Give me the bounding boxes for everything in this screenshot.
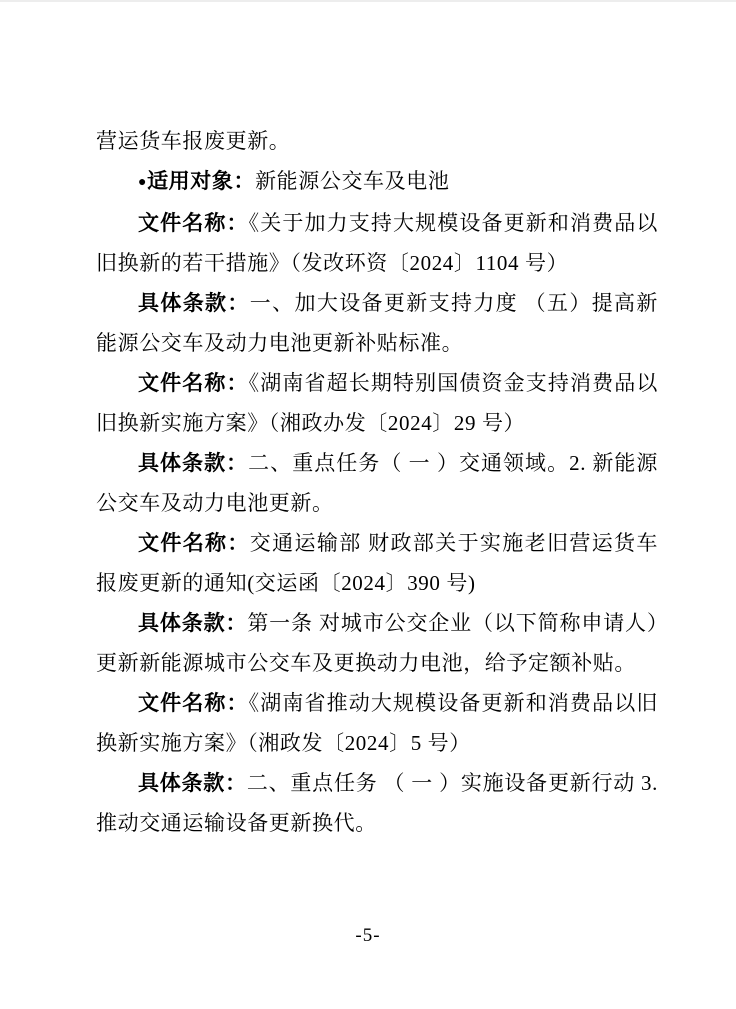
document-body: 营运货车报废更新。●适用对象：新能源公交车及电池文件名称：《关于加力支持大规模设… xyxy=(96,121,658,843)
paragraph-label: 文件名称： xyxy=(138,531,250,555)
bullet-icon: ● xyxy=(138,175,147,190)
paragraph-label: 适用对象： xyxy=(147,169,255,193)
paragraph-labeled: 文件名称：《湖南省超长期特别国债资金支持消费品以旧换新实施方案》（湘政办发〔20… xyxy=(96,363,658,443)
paragraph-label: 具体条款： xyxy=(138,771,247,795)
paragraph-labeled: 文件名称：《湖南省推动大规模设备更新和消费品以旧换新实施方案》（湘政发〔2024… xyxy=(96,683,658,763)
page-top-edge xyxy=(0,0,736,2)
paragraph-label: 具体条款： xyxy=(138,291,250,315)
paragraph-labeled: ●适用对象：新能源公交车及电池 xyxy=(96,161,658,203)
paragraph-labeled: 具体条款：一、加大设备更新支持力度 （五）提高新能源公交车及动力电池更新补贴标准… xyxy=(96,283,658,363)
paragraph-labeled: 文件名称：《关于加力支持大规模设备更新和消费品以旧换新的若干措施》（发改环资〔2… xyxy=(96,203,658,283)
paragraph-labeled: 文件名称：交通运输部 财政部关于实施老旧营运货车报废更新的通知(交运函〔2024… xyxy=(96,523,658,603)
paragraph-label: 文件名称： xyxy=(138,691,249,715)
paragraph-label: 具体条款： xyxy=(138,611,247,635)
paragraph-label: 文件名称： xyxy=(138,211,249,235)
paragraph-labeled: 具体条款：二、重点任务 （ 一 ）实施设备更新行动 3. 推动交通运输设备更新换… xyxy=(96,763,658,843)
paragraph-labeled: 具体条款：二、重点任务（ 一 ）交通领域。2. 新能源公交车及动力电池更新。 xyxy=(96,443,658,523)
paragraph: 营运货车报废更新。 xyxy=(96,121,658,161)
page-number: -5- xyxy=(0,924,736,948)
paragraph-label: 文件名称： xyxy=(138,371,249,395)
paragraph-labeled: 具体条款：第一条 对城市公交企业（以下简称申请人）更新新能源城市公交车及更换动力… xyxy=(96,603,658,683)
paragraph-label: 具体条款： xyxy=(138,451,248,475)
paragraph-text: 新能源公交车及电池 xyxy=(255,169,449,193)
paragraph-text: 营运货车报废更新。 xyxy=(96,129,290,153)
